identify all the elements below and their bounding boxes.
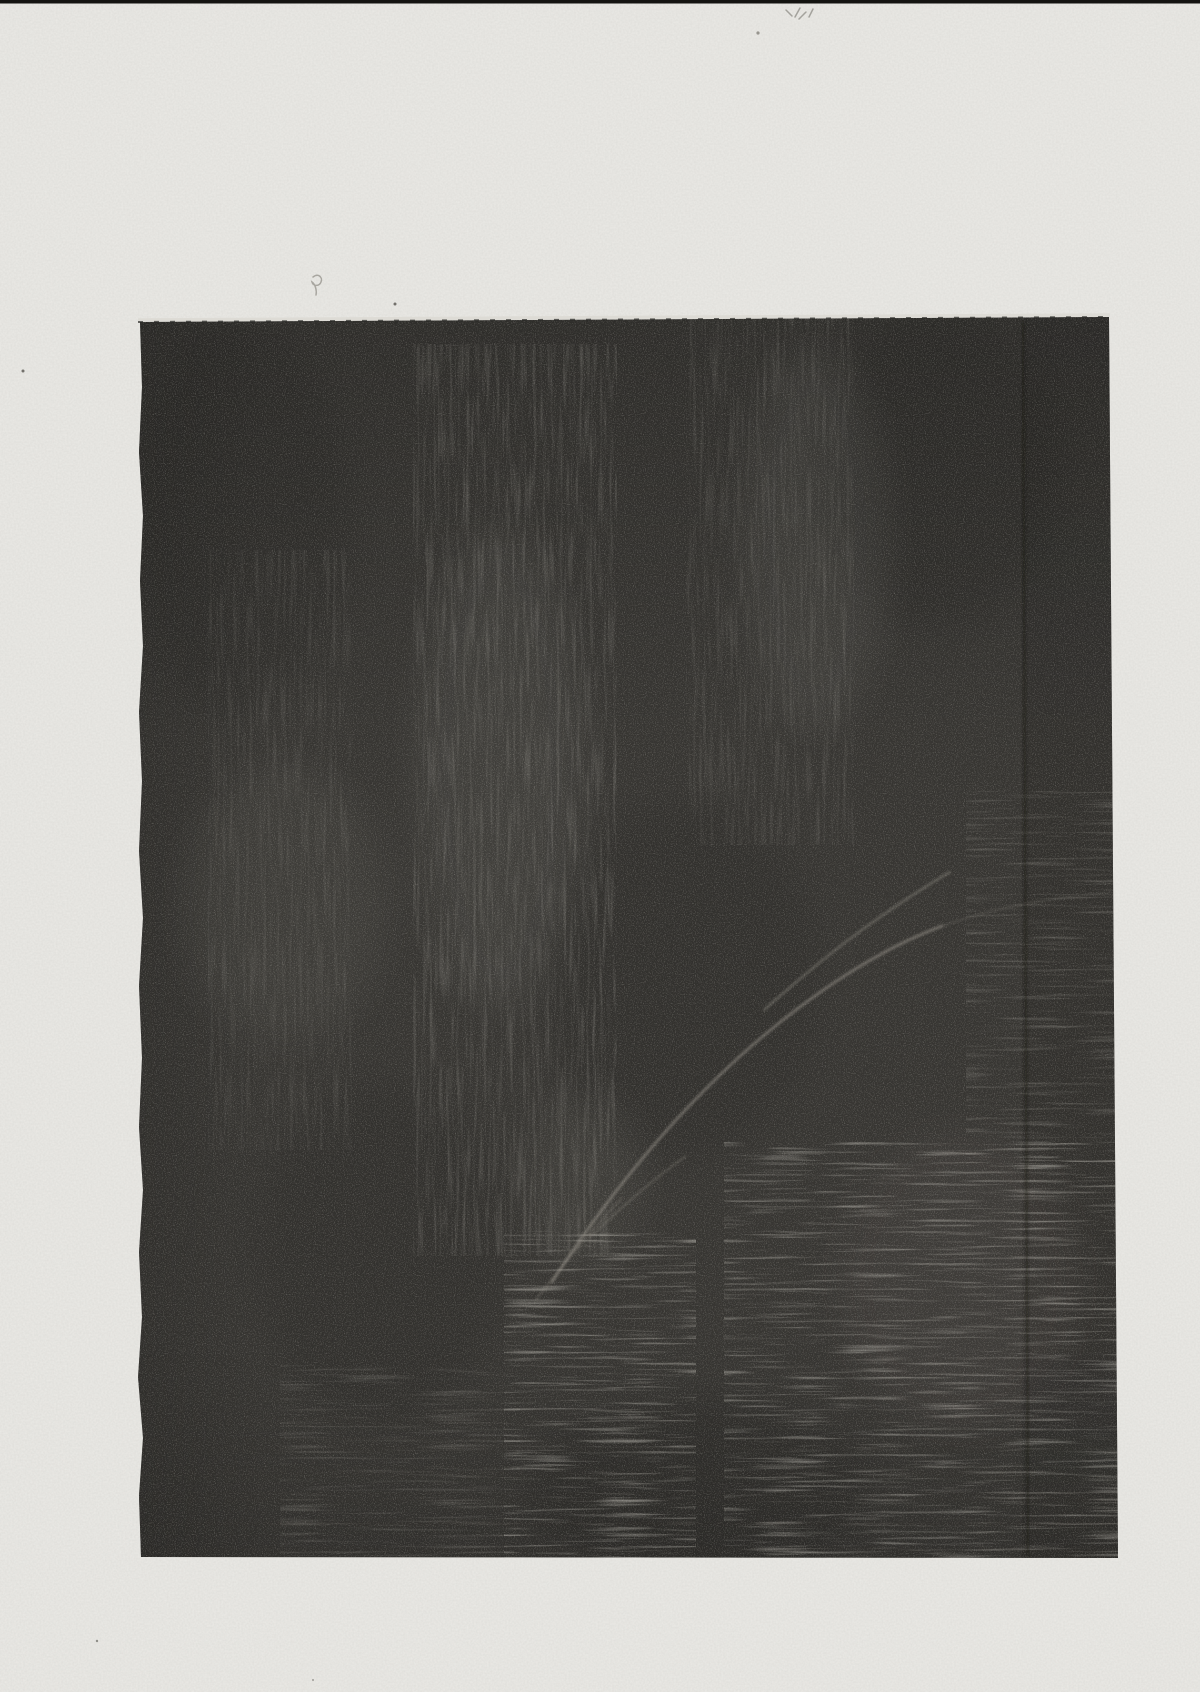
scanner-edge-strip [0, 0, 1200, 4]
paper-speck-3 [96, 1640, 98, 1642]
paper-speck-4 [312, 1679, 314, 1681]
paper-speck-1 [394, 303, 397, 306]
paper-speck-2 [22, 370, 25, 373]
scan-image [0, 0, 1200, 1692]
pencil-dot [756, 31, 759, 34]
scanned-document-page [0, 0, 1200, 1692]
cover-texture-group [130, 310, 1126, 1580]
